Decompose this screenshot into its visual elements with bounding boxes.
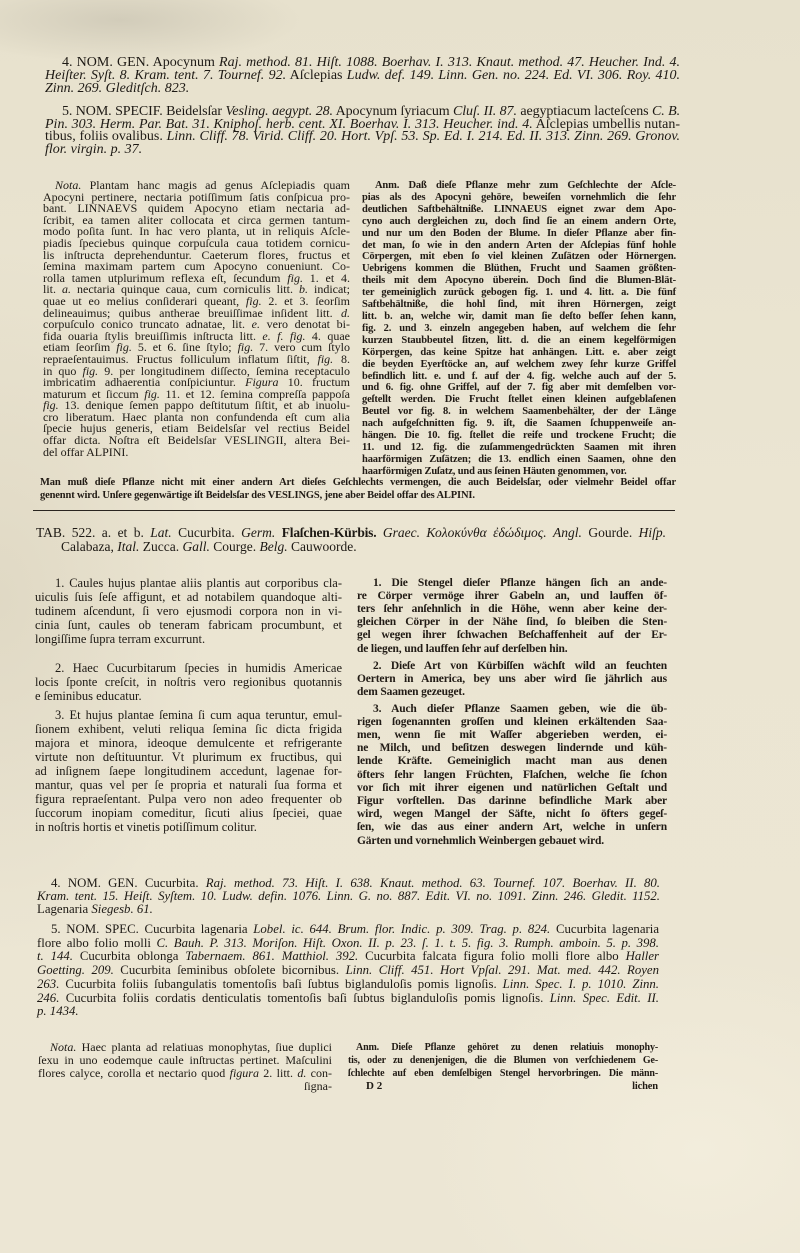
- text-line: ſionem exhibent, veluti reliqua ſemina ſ…: [35, 722, 342, 736]
- text-line: die beyden Eyerſtöcke an, auf welchem zw…: [362, 359, 676, 371]
- italic-text: Nota.: [50, 1040, 76, 1054]
- italic-text: d.: [297, 1066, 306, 1080]
- nom-spec-cucurbita: 5. NOM. SPEC. Cucurbita lagenaria Lobel.…: [37, 923, 659, 1019]
- text-line: kurzen Staubbeutel ſitzen, litt. d. die …: [362, 335, 676, 347]
- italic-text: 263.: [37, 977, 59, 991]
- text-line: majora et minora, ideoque demulcente et …: [35, 736, 342, 750]
- german-paragraph-3: 3. Auch dieſer Pflanze Saamen geben, wie…: [357, 703, 667, 848]
- text-line: 5. NOM. SPEC. Cucurbita lagenaria Lobel.…: [37, 923, 659, 937]
- italic-text: Tabernaem. 861. Matthiol. 392.: [185, 949, 358, 963]
- text-line: haarförmigen Zuſätzen; die 13. endlich e…: [362, 454, 676, 466]
- text-line: ſuccorum inopiam comeditur, ſicuti alius…: [35, 806, 342, 820]
- italic-text: Siegesb. 61.: [91, 902, 153, 916]
- italic-text: Linn. Spec. I. p. 1010. Zinn.: [503, 977, 659, 991]
- text-line: 2. Dieſe Art von Kürbiſſen wächſt wild a…: [357, 660, 667, 673]
- text-line: theils mit dem Apocyno überein. Doch ſin…: [362, 275, 676, 287]
- text-line: vor ſich mit ihrer eigenen und natürlich…: [357, 782, 667, 795]
- text-line: dem Saamen gezeuget.: [357, 686, 667, 699]
- nom-spec-apocynum: 5. NOM. SPECIF. Beidelsſar Vesling. aegy…: [45, 106, 680, 156]
- text-line: Nota. Haec planta ad relatiuas monophyta…: [38, 1041, 332, 1054]
- text-line: rigen ſogenannten groſſen und kleinen er…: [357, 716, 667, 729]
- text-line: deutlichen Saftbehältniße. LINNAEUS eign…: [362, 204, 676, 216]
- text-line: ſen, wie das aus einer andern Art, welch…: [357, 821, 667, 834]
- text-line: Anm. Dieſe Pflanze gehöret zu denen rela…: [348, 1041, 658, 1054]
- italic-text: Linn. Cliff. 78. Virid. Cliff. 20. Hort.…: [167, 129, 680, 144]
- italic-text: Goetting. 209.: [37, 963, 114, 977]
- italic-text: Belg.: [259, 539, 287, 554]
- text-line: lende Kräfte. Gemeiniglich macht man aus…: [357, 755, 667, 768]
- nom-gen-apocynum: 4. NOM. GEN. Apocynum Raj. method. 81. H…: [45, 57, 680, 95]
- text-line: nach aufgeſchnitten fig. 9. iſt, die Saa…: [362, 418, 676, 430]
- italic-text: 246.: [37, 991, 59, 1005]
- text-line: 1. Caules hujus plantae aliis plantis au…: [35, 576, 342, 590]
- text-line: tis, oder zu denenjenigen, die die Blume…: [348, 1054, 658, 1067]
- nota-latin-bottom: Nota. Haec planta ad relatiuas monophyta…: [38, 1041, 332, 1080]
- text-line: und 6. fig. ohne Griffel, auf der 7. fig…: [362, 382, 676, 394]
- text-line: flores calyce, corolla et nectario quod …: [38, 1067, 332, 1080]
- text-line: Uebrigens kommen die Blüthen, Frucht und…: [362, 263, 676, 275]
- italic-text: p. 1434.: [37, 1004, 79, 1018]
- italic-text: flor. virgin. p. 37.: [45, 142, 142, 157]
- text-line: virtute non deſtituuntur. Vt plurimum ex…: [35, 750, 342, 764]
- text-line: genennt wird. Unſere gegenwärtige iſt Be…: [40, 490, 676, 503]
- text-line: flore albo folio molli C. Bauh. P. 313. …: [37, 937, 659, 951]
- text-line: hängen. Die 10. fig. ſtellet die reife u…: [362, 430, 676, 442]
- section-divider: [33, 510, 675, 511]
- text-line: Anm. Daß dieſe Pflanze mehr zum Geſchlec…: [362, 180, 676, 192]
- italic-text: Linn. Spec. Edit. II.: [550, 991, 659, 1005]
- text-line: ſchlechte auf eben demſelbigen Stengel h…: [348, 1067, 658, 1080]
- tab-heading: TAB. 522. a. et b. Lat. Cucurbita. Germ.…: [36, 526, 666, 554]
- text-line: Gärten und vornehmlich Weinbergen gebaue…: [357, 835, 667, 848]
- text-line: Calabaza, Ital. Zucca. Gall. Courge. Bel…: [36, 540, 666, 554]
- latin-paragraph-1: 1. Caules hujus plantae aliis plantis au…: [35, 576, 342, 646]
- text-line: cyno auch dergleichen zu, doch ſind ſie …: [362, 216, 676, 228]
- italic-text: Kram. tent. 15. Heiſt. Syſtem. 10. Ludw.…: [37, 889, 660, 903]
- text-line: de liegen, und lauffen ſehr auf derſelbe…: [357, 643, 667, 656]
- text-line: cinia ſunt, caules ob teneram fabricam p…: [35, 618, 342, 632]
- italic-text: Ludw. def. 149. Linn. Gen. no. 224. Ed. …: [347, 68, 680, 83]
- italic-text: Raj. method. 73. Hiſt. I. 638. Knaut. me…: [206, 876, 660, 890]
- italic-text: Lobel. ic. 644. Brum. flor. Indic. p. 30…: [253, 922, 550, 936]
- text-line: fig. 2. und 3. einzeln angegeben haben, …: [362, 323, 676, 335]
- italic-text: figura: [230, 1066, 259, 1080]
- text-line: e ſeminibus educatur.: [35, 689, 342, 703]
- text-line: uiculis ſuis ſeſe affigunt, et ad notabi…: [35, 590, 342, 604]
- text-line: Beutel vor fig. 8. in welchem Saamenbehä…: [362, 406, 676, 418]
- text-line: del offar ALPINI.: [43, 447, 350, 459]
- german-paragraph-1: 1. Die Stengel dieſer Pflanze hängen ſic…: [357, 577, 667, 656]
- text-line: TAB. 522. a. et b. Lat. Cucurbita. Germ.…: [36, 526, 666, 540]
- text-line: flor. virgin. p. 37.: [45, 144, 680, 157]
- book-page: 4. NOM. GEN. Apocynum Raj. method. 81. H…: [0, 0, 800, 1253]
- text-line: Lagenaria Siegesb. 61.: [37, 903, 660, 916]
- text-line: 3. Et hujus plantae ſemina ſi cum aqua t…: [35, 708, 342, 722]
- text-line: t. 144. Cucurbita oblonga Tabernaem. 861…: [37, 950, 659, 964]
- text-line: tudinem aſcendunt, ſi vero ejusmodi corp…: [35, 604, 342, 618]
- text-line: litt. b. an, welche wir, damit man ſie d…: [362, 311, 676, 323]
- text-line: locis ſponte creſcit, in noſtris vero re…: [35, 675, 342, 689]
- text-line: haarförmigen Zuſatz, und aus ſeinen Häut…: [362, 466, 676, 478]
- text-line: in noſtris hortis et vinetis potiſſimum …: [35, 820, 342, 834]
- text-line: gleichen Cörper in der Nähe ſind, ſo ble…: [357, 616, 667, 629]
- text-line: 1. Die Stengel dieſer Pflanze hängen ſic…: [357, 577, 667, 590]
- anm-german-bottom: Anm. Dieſe Pflanze gehöret zu denen rela…: [348, 1041, 658, 1080]
- text-line: gel wegen ihrer ſchwachen Beſchaffenheit…: [357, 629, 667, 642]
- latin-paragraph-2: 2. Haec Cucurbitarum ſpecies in humidis …: [35, 661, 342, 703]
- text-line: p. 1434.: [37, 1005, 659, 1019]
- text-line: re Cörper vermöge ihrer Gabeln an, und l…: [357, 590, 667, 603]
- italic-text: Linn. Cliff. 451. Hort Vpſal. 291. Mat. …: [346, 963, 659, 977]
- italic-text: Graec.: [383, 525, 420, 540]
- text-line: Figur vorſtellen. Das darinne befindlich…: [357, 795, 667, 808]
- text-line: ter gemeiniglich zurück gebogen fig. 1. …: [362, 287, 676, 299]
- catchword-right: lichen: [348, 1080, 658, 1093]
- italic-text: Zinn. 269. Gleditſch. 823.: [45, 81, 189, 96]
- german-note-fullwidth: Man muß dieſe Pflanze nicht mit einer an…: [40, 477, 676, 502]
- latin-paragraph-3: 3. Et hujus plantae ſemina ſi cum aqua t…: [35, 708, 342, 834]
- text-line: men, wenn ſie mit Waſſer abgerieben werd…: [357, 729, 667, 742]
- german-paragraph-2: 2. Dieſe Art von Kürbiſſen wächſt wild a…: [357, 660, 667, 700]
- text-line: Goetting. 209. Cucurbita ſeminibus obſol…: [37, 964, 659, 978]
- italic-text: Lat.: [150, 525, 171, 540]
- italic-text: Κολοκύνθα ἐδώδιμος.: [426, 525, 546, 540]
- text-line: pias als des Apocyni gehöre, beweiſen vo…: [362, 192, 676, 204]
- text-line: Körpergen, das keine Spitze hat anhängen…: [362, 347, 676, 359]
- italic-text: Gall.: [182, 539, 209, 554]
- text-line: Man muß dieſe Pflanze nicht mit einer an…: [40, 477, 676, 490]
- text-line: 263. Cucurbita foliis ſubangulatis tomen…: [37, 978, 659, 992]
- text-line: befindlich litt. e. und f. auf der 4. fi…: [362, 371, 676, 383]
- text-line: ad inſignem ſaepe longitudinem accedunt,…: [35, 764, 342, 778]
- text-line: und nur um den Boden der Blume. In dieſe…: [362, 228, 676, 240]
- text-line: öfters ſehr langen Früchten, Flaſchen, w…: [357, 769, 667, 782]
- text-line: Cörpergen, mit eben ſo viel kleinen Zuſä…: [362, 251, 676, 263]
- nota-latin-column: Nota. Plantam hanc magis ad genus Aſclep…: [43, 180, 350, 458]
- text-line: longiſſime ſupra terram excurrunt.: [35, 632, 342, 646]
- text-line: mantur, quas vel per ſe propria et natur…: [35, 778, 342, 792]
- text-line: ſexu in uno eodemque caule inſtructas pe…: [38, 1054, 332, 1067]
- text-line: det man, ſo wie in den andern Arten der …: [362, 240, 676, 252]
- nom-gen-cucurbita: 4. NOM. GEN. Cucurbita. Raj. method. 73.…: [37, 877, 660, 916]
- italic-text: Haller: [626, 949, 659, 963]
- text-line: Zinn. 269. Gleditſch. 823.: [45, 83, 680, 96]
- text-line: ters ſehr anſehnlich in die Höhe, wenn a…: [357, 603, 667, 616]
- italic-text: C. Bauh. P. 313. Moriſon. Hiſt. Oxon. II…: [157, 936, 659, 950]
- text-line: 246. Cucurbita foliis cordatis denticula…: [37, 992, 659, 1006]
- text-line: wird, wegen Mangel der Säfte, nicht ſo ö…: [357, 808, 667, 821]
- text-line: 2. Haec Cucurbitarum ſpecies in humidis …: [35, 661, 342, 675]
- fraktur-text: Flaſchen-Kürbis.: [282, 525, 377, 540]
- text-line: 11. und 12. fig. die zuſammengedrückten …: [362, 442, 676, 454]
- text-line: 3. Auch dieſer Pflanze Saamen geben, wie…: [357, 703, 667, 716]
- italic-text: Angl.: [553, 525, 582, 540]
- text-line: Saftbehältniße, die hohl ſind, mit ihren…: [362, 299, 676, 311]
- text-line: ne Milch, und beſitzen deswegen lindernd…: [357, 742, 667, 755]
- italic-text: Germ.: [241, 525, 275, 540]
- italic-text: Ital.: [117, 539, 139, 554]
- catchword-left: ſigna-: [38, 1080, 332, 1093]
- italic-text: Hiſp.: [639, 525, 666, 540]
- anm-german-column: Anm. Daß dieſe Pflanze mehr zum Geſchlec…: [362, 180, 676, 478]
- text-line: geſtellt werden. Die Frucht ſtellet eine…: [362, 394, 676, 406]
- text-line: Oertern in America, bey uns aber wird ſi…: [357, 673, 667, 686]
- text-line: figura repraeſentant. Pulpa vero non ade…: [35, 792, 342, 806]
- italic-text: t. 144.: [37, 949, 73, 963]
